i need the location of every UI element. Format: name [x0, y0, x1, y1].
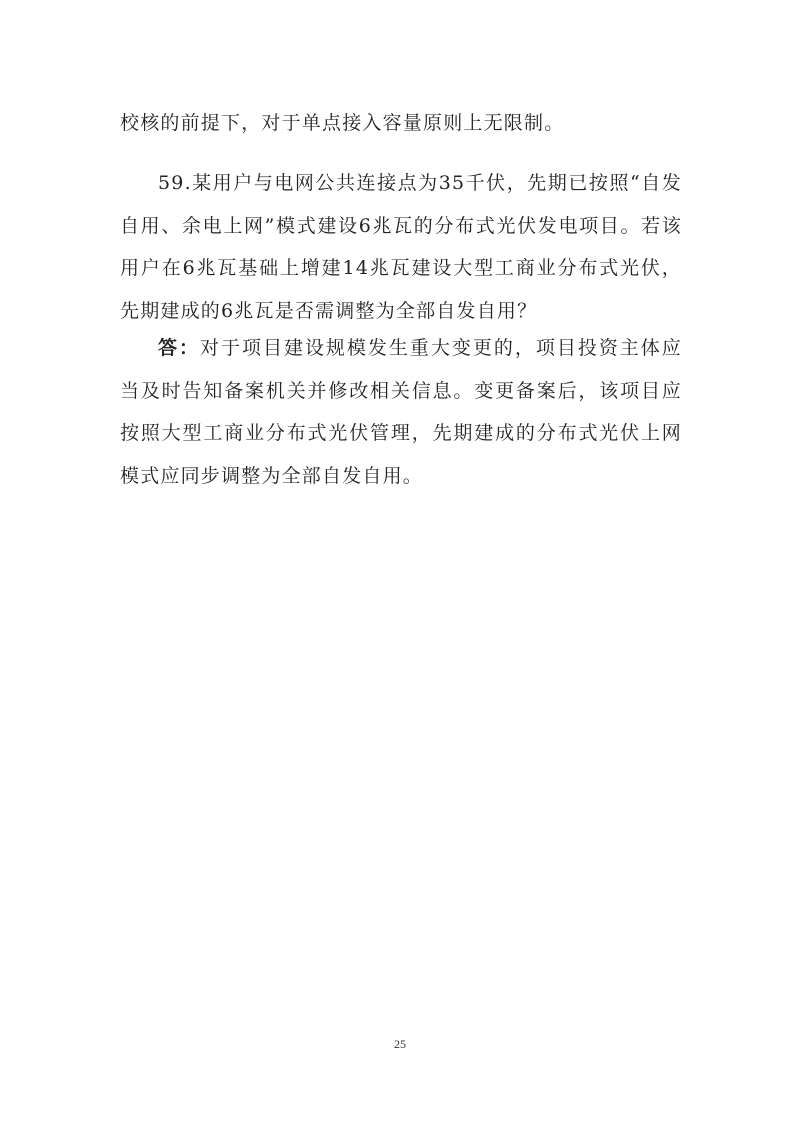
answer-label: 答： — [158, 337, 200, 359]
paragraph-continuation: 校核的前提下，对于单点接入容量原则上无限制。 — [120, 102, 682, 145]
page-number: 25 — [0, 1037, 800, 1052]
answer-paragraph: 答：对于项目建设规模发生重大变更的，项目投资主体应当及时告知备案机关并修改相关信… — [120, 327, 682, 497]
document-page: 校核的前提下，对于单点接入容量原则上无限制。 59.某用户与电网公共连接点为35… — [0, 0, 800, 1131]
answer-text: 对于项目建设规模发生重大变更的，项目投资主体应当及时告知备案机关并修改相关信息。… — [120, 337, 682, 487]
question-59: 59.某用户与电网公共连接点为35千伏，先期已按照“自发自用、余电上网”模式建设… — [120, 162, 682, 332]
